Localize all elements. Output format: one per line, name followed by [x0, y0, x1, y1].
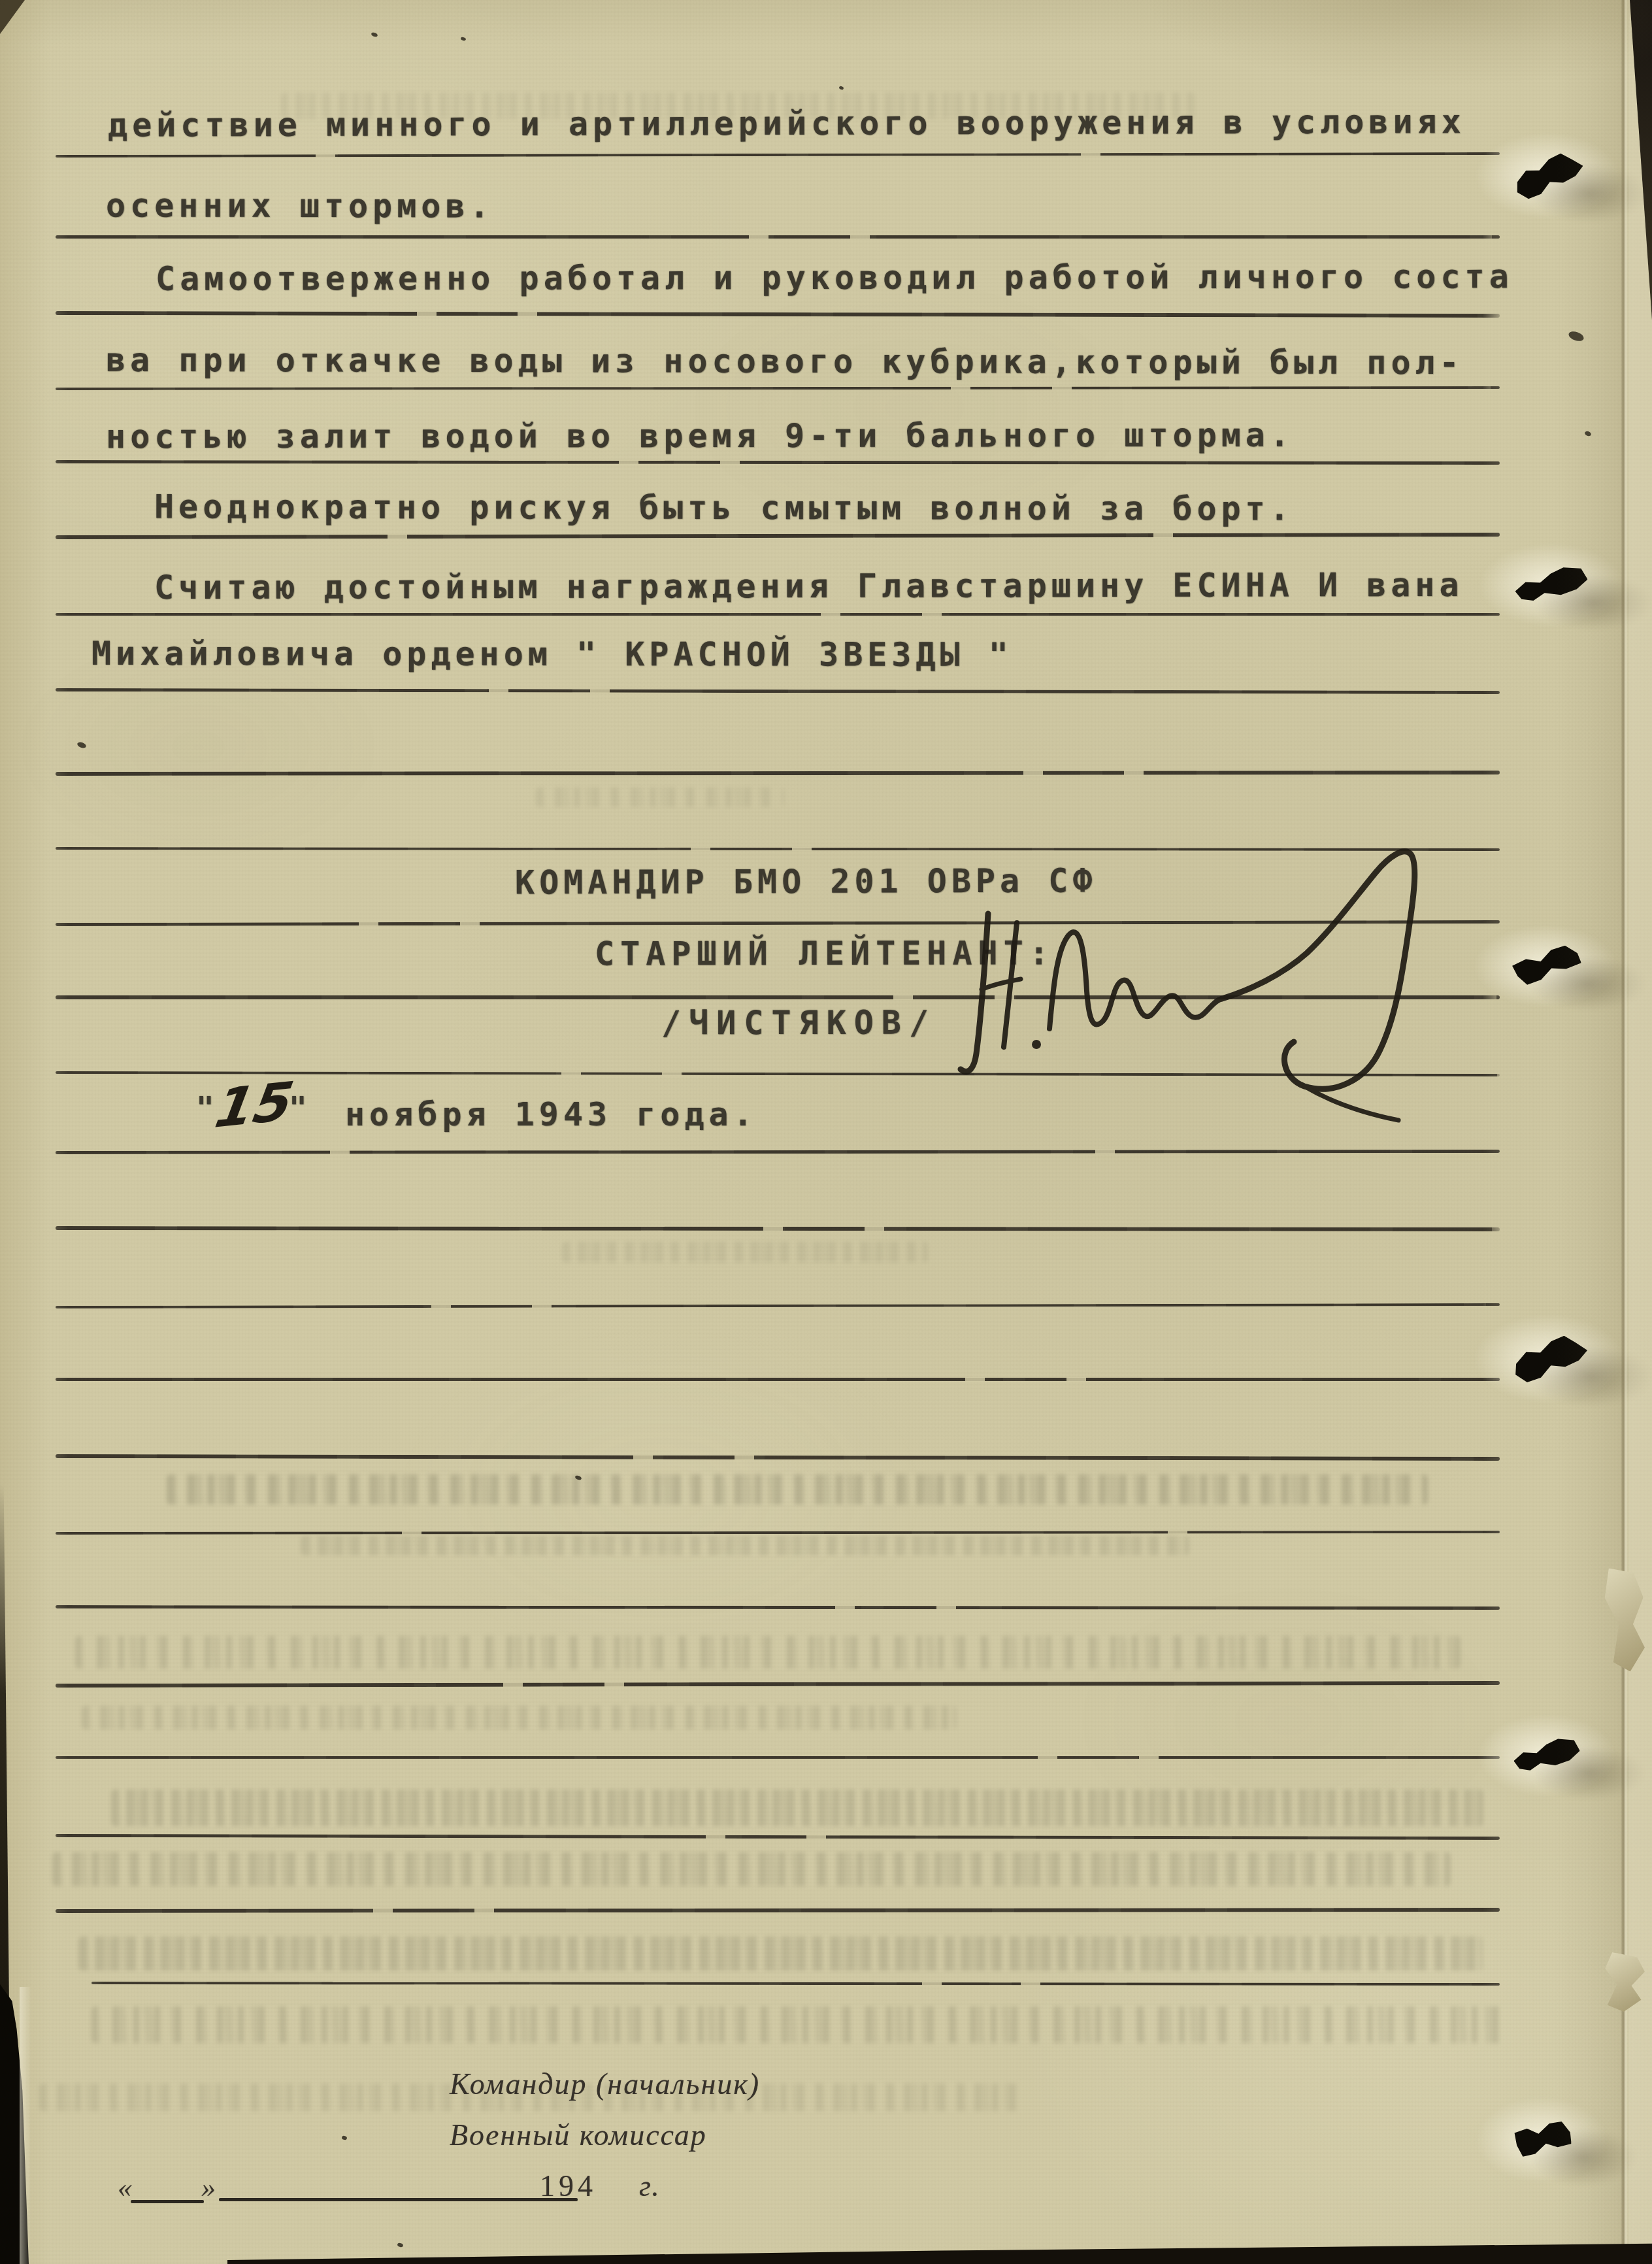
ruled-line	[56, 311, 1500, 318]
ruled-line	[56, 152, 1500, 158]
date-close-quote: "	[289, 1090, 312, 1125]
ruled-line-gap	[1095, 1150, 1115, 1154]
ruled-line	[56, 1454, 1500, 1461]
ruled-line-gap	[965, 1377, 985, 1382]
ruled-line-gap	[388, 534, 407, 539]
ruled-line	[56, 688, 1500, 694]
footer-close-angle-quote: »	[201, 2171, 217, 2205]
ruled-line-gap	[561, 1071, 580, 1075]
ruled-line-gap	[835, 1605, 855, 1610]
ruled-line-gap	[1021, 1982, 1040, 1986]
bleed-through-text-band	[75, 1636, 1461, 1669]
typed-line: действие минного и артиллерийского воору…	[108, 103, 1466, 144]
ruled-line-gap	[316, 154, 335, 158]
ruled-line-gap	[590, 688, 610, 693]
ruled-line-gap	[359, 922, 378, 926]
ruled-line	[56, 613, 1500, 616]
ruled-line-gap	[431, 1305, 451, 1308]
ruled-line-gap	[1052, 386, 1072, 390]
ruled-line-gap	[330, 1150, 350, 1155]
ruled-line-gap	[518, 311, 537, 316]
bleed-through-text-band	[52, 1852, 1451, 1886]
ruled-line-gap	[951, 386, 970, 390]
footer-blank-underscore	[131, 2200, 204, 2203]
ruled-line-gap	[619, 460, 638, 465]
ruled-line	[56, 1834, 1500, 1840]
bleed-through-text-band	[91, 2006, 1503, 2043]
date-day-handwritten: 15	[210, 1071, 298, 1140]
footer-commander-label: Командир (начальник)	[450, 2067, 760, 2101]
ruled-line	[56, 771, 1500, 776]
ruled-line-gap	[792, 847, 812, 851]
typed-line: ва при откачке воды из носового кубрика,…	[106, 341, 1464, 382]
ink-speck	[76, 741, 87, 749]
ruled-line-gap	[460, 922, 480, 926]
footer-blank-underscore	[219, 2198, 578, 2201]
footer-year-stub: 194	[540, 2169, 597, 2203]
ruled-line	[56, 1681, 1500, 1688]
bleed-through-text-band	[536, 788, 784, 807]
ruled-line-gap	[1124, 771, 1144, 776]
ruled-line-gap	[806, 1835, 826, 1839]
typed-line: осенних штормов.	[106, 186, 494, 225]
ink-speck	[397, 2242, 404, 2248]
ruled-line-gap	[1153, 533, 1173, 538]
footer-open-angle-quote: «	[118, 2171, 133, 2205]
edge-strip-beyond-crease	[1628, 0, 1652, 2264]
ruled-line-gap	[821, 612, 840, 616]
ruled-line-gap	[633, 1455, 653, 1460]
ruled-line-gap	[865, 1226, 884, 1231]
ruled-line-gap	[763, 1226, 783, 1231]
ruled-line-gap	[1081, 152, 1100, 156]
bleed-through-text-band	[82, 1706, 957, 1729]
ruled-line	[56, 995, 1500, 999]
ruled-line-gap	[503, 1682, 523, 1688]
torn-edge-highlight	[20, 1987, 31, 2264]
ruled-line	[91, 1982, 1500, 1986]
footer-year-suffix: г.	[639, 2169, 661, 2203]
ruled-line	[56, 1605, 1500, 1610]
ruled-line-gap	[604, 1682, 624, 1687]
date-text: ноября 1943 года.	[345, 1095, 757, 1133]
typed-line: Считаю достойным награждения Главстаршин…	[154, 566, 1464, 607]
document-scan-page: действие минного и артиллерийского воору…	[0, 0, 1652, 2264]
typed-line: ностью залит водой во время 9-ти бальног…	[106, 416, 1294, 456]
ruled-line	[56, 460, 1500, 465]
scan-edge-left-sliver	[0, 1484, 9, 2006]
ruled-line-gap	[893, 995, 913, 1000]
ruled-line-gap	[1139, 1756, 1159, 1759]
ruled-line-gap	[532, 1305, 552, 1308]
fold-crease-line	[1621, 0, 1628, 2264]
ruled-line	[56, 533, 1500, 539]
scan-edge-top-left-nick	[0, 0, 25, 34]
bleed-through-text-band	[562, 1242, 928, 1263]
ruled-line-gap	[1023, 771, 1043, 776]
ruled-line	[56, 235, 1500, 239]
ruled-line	[56, 386, 1500, 390]
ink-speck	[838, 86, 844, 90]
ruled-line-gap	[850, 235, 870, 239]
ruled-line-gap	[749, 235, 768, 239]
ruled-line	[56, 1756, 1500, 1759]
ruled-line-gap	[720, 460, 740, 465]
ruled-line-gap	[474, 1908, 494, 1913]
signature-unit-line: КОМАНДИР БМО 201 ОВРа СФ	[515, 861, 1097, 901]
ruled-line	[56, 1531, 1500, 1535]
ruled-line	[56, 1303, 1500, 1308]
ruled-line-gap	[735, 1455, 754, 1460]
crease-shading	[1555, 0, 1623, 2264]
ruled-line-gap	[1168, 1530, 1187, 1534]
ruled-line-gap	[489, 688, 508, 693]
ink-speck	[371, 31, 378, 37]
typed-line: Михайловича орденом " КРАСНОЙ ЗВЕЗДЫ "	[91, 635, 1013, 674]
typed-line: Самоотверженно работал и руководил работ…	[156, 258, 1513, 298]
bleed-through-text-band	[111, 1790, 1483, 1826]
ruled-line-gap	[922, 612, 942, 616]
ruled-line-gap	[705, 1835, 725, 1839]
bleed-through-text-band	[78, 1937, 1483, 1971]
ruled-line	[56, 1378, 1500, 1381]
ruled-line	[56, 1226, 1500, 1231]
ruled-line	[56, 847, 1500, 851]
ruled-line-gap	[691, 847, 710, 851]
ruled-line	[56, 1908, 1500, 1913]
ruled-line-gap	[936, 1605, 956, 1610]
ruled-line-gap	[1066, 1377, 1086, 1382]
ruled-line-gap	[922, 1982, 942, 1986]
ink-speck	[460, 37, 466, 41]
bleed-through-text-band	[301, 1536, 1189, 1556]
footer-commissar-label: Военный комиссар	[450, 2118, 707, 2152]
ruled-line-gap	[402, 1531, 421, 1535]
bleed-through-text-band	[167, 1474, 1428, 1505]
signature-rank-line: СТАРШИЙ ЛЕЙТЕНАНТ:	[595, 934, 1055, 973]
ruled-line-gap	[1038, 1756, 1057, 1759]
signature-name-line: /ЧИСТЯКОВ/	[661, 1004, 936, 1042]
ruled-line-gap	[373, 1908, 393, 1914]
ink-speck	[341, 2135, 348, 2140]
typed-line: Неоднократно рискуя быть смытым волной з…	[154, 488, 1294, 527]
ruled-line-gap	[416, 311, 436, 316]
scan-edge-bottom-band	[227, 2242, 1652, 2264]
ruled-line	[56, 1150, 1500, 1154]
ruled-line	[56, 920, 1500, 926]
ruled-line-gap	[662, 1072, 682, 1076]
ruled-line-gap	[995, 995, 1014, 1000]
